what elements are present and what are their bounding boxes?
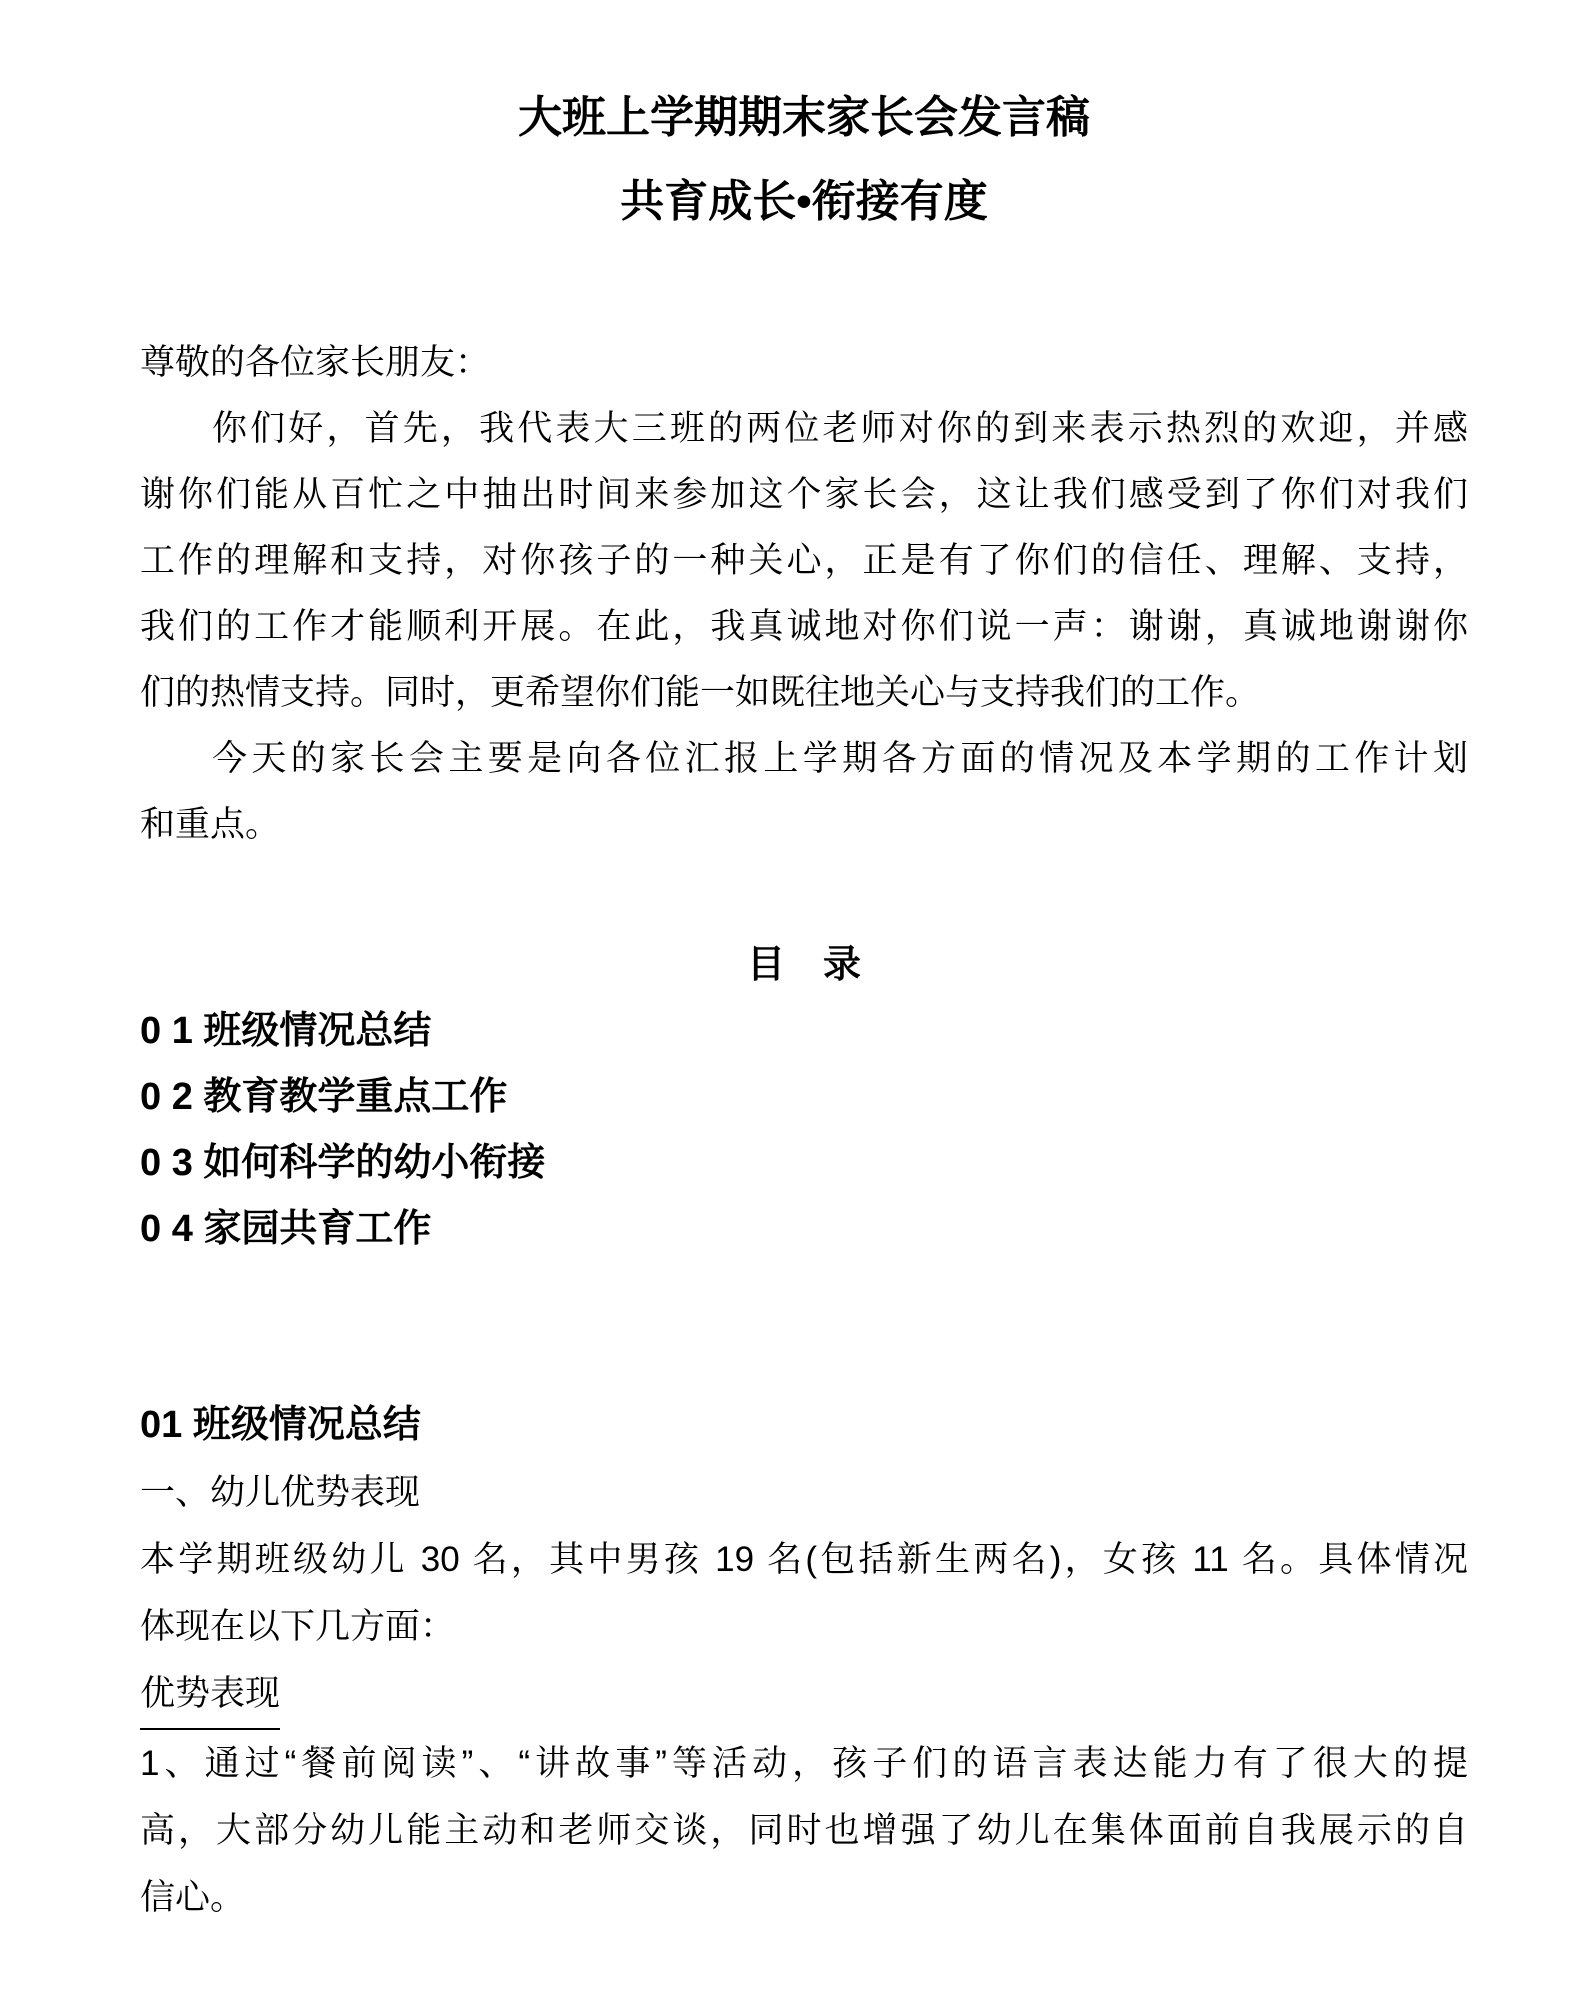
toc-item-03: 0 3 如何科学的幼小衔接 [140, 1130, 1468, 1196]
toc-heading: 目 录 [140, 932, 1468, 998]
section1-heading: 01 班级情况总结 [140, 1392, 1468, 1459]
doc-title: 大班上学期期末家长会发言稿 [140, 76, 1468, 160]
section1-para2-line1: 1、通过“餐前阅读”、“讲故事”等活动，孩子们的语言表达能力有了很大的提 [140, 1730, 1468, 1797]
salutation-line: 尊敬的各位家长朋友： [140, 330, 1468, 396]
toc-item-01: 0 1 班级情况总结 [140, 998, 1468, 1064]
document-page: 大班上学期期末家长会发言稿 共育成长•衔接有度 尊敬的各位家长朋友： 你们好，首… [0, 0, 1587, 2011]
para2-line1: 今天的家长会主要是向各位汇报上学期各方面的情况及本学期的工作计划 [140, 726, 1468, 792]
toc-item-04: 0 4 家园共育工作 [140, 1196, 1468, 1262]
section1-para2-line3: 信心。 [140, 1864, 1468, 1931]
advantages-label: 优势表现 [140, 1660, 280, 1730]
doc-subtitle: 共育成长•衔接有度 [140, 160, 1468, 244]
para1-line5: 们的热情支持。同时，更希望你们能一如既往地关心与支持我们的工作。 [140, 660, 1468, 726]
section1-subheading: 一、幼儿优势表现 [140, 1459, 1468, 1526]
section1-para1-line2: 体现在以下几方面： [140, 1593, 1468, 1660]
para2-line2: 和重点。 [140, 792, 1468, 858]
para1-line4: 我们的工作才能顺利开展。在此，我真诚地对你们说一声：谢谢，真诚地谢谢你 [140, 594, 1468, 660]
para1-line1: 你们好，首先，我代表大三班的两位老师对你的到来表示热烈的欢迎，并感 [140, 396, 1468, 462]
toc-item-02: 0 2 教育教学重点工作 [140, 1064, 1468, 1130]
para1-line2: 谢你们能从百忙之中抽出时间来参加这个家长会，这让我们感受到了你们对我们 [140, 462, 1468, 528]
section1-para1-line1: 本学期班级幼儿 30 名，其中男孩 19 名(包括新生两名)，女孩 11 名。具… [140, 1526, 1468, 1593]
section1-label-line: 优势表现 [140, 1660, 1468, 1730]
section1-para2-line2: 高，大部分幼儿能主动和老师交谈，同时也增强了幼儿在集体面前自我展示的自 [140, 1797, 1468, 1864]
para1-line3: 工作的理解和支持，对你孩子的一种关心，正是有了你们的信任、理解、支持， [140, 528, 1468, 594]
